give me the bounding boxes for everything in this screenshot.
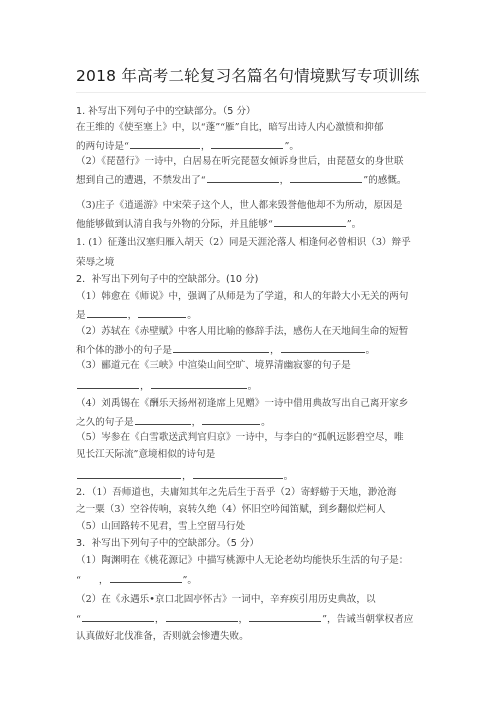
s1-q1-line1: 在王维的《使至塞上》中，以“蓬”“雁”自比，暗写出诗人内心激愤和抑郁 [76, 121, 426, 135]
answer-blank[interactable] [173, 342, 269, 353]
s2-q3-mid: ， [140, 381, 150, 392]
s3-q2-line3: 认真做好北伐准备，否则就会惨遭失败。 [76, 630, 426, 644]
s2-q1-post: 。 [187, 310, 197, 321]
s2-q2-pre: 和个体的渺小的句子是 [76, 345, 172, 356]
answer-blank[interactable] [77, 378, 139, 389]
s1-q2-post: ”的感慨。 [363, 175, 406, 186]
s1-q2-line2: 想到自己的遭遇，不禁发出了“，”的感慨。 [76, 172, 426, 188]
s3-q1-mid: ， [99, 575, 109, 586]
s2-q2-mid: ， [270, 345, 280, 356]
answer-blank[interactable] [151, 378, 247, 389]
s3-q2-post: ”，告诫当朝掌权者应 [322, 614, 413, 625]
answer-blank[interactable] [82, 611, 154, 622]
s2-q4-post: 。 [261, 417, 271, 428]
s1-q3-line1: （3)庄子《逍遥游》中宋荣子这个人，世人都来毁誉他他却不为所动，原因是 [76, 199, 426, 213]
answer-blank[interactable] [281, 342, 365, 353]
s2-q2-line1: （2）苏轼在《赤壁赋》中客人用比喻的修辞手法，感伤人在天地间生命的短暂 [76, 325, 426, 339]
s1-q3-post: ”。 [347, 219, 362, 230]
s1-q1-mid: ， [201, 141, 211, 152]
s1-q3-pre: 他能够做到认清自我与外物的分际，并且能够“ [76, 219, 273, 230]
s2-q3-line1: （3）郦道元在《三峡》中渲染山间空旷、境界清幽寂寥的句子是 [76, 359, 426, 373]
section1-heading: 1. 补写出下列句子中的空缺部分。（5 分） [76, 105, 426, 119]
s2-q3-line2: ，。 [76, 378, 426, 394]
s2-q1-mid: ， [128, 310, 138, 321]
s2-q2-post: 。 [366, 345, 376, 356]
s1-q2-line1: （2）《琵琶行》一诗中，白居易在听完琵琶女倾诉身世后，由琵琶女的身世联 [76, 155, 426, 169]
s2-q4-line2: 之久的句子是，。 [76, 414, 426, 430]
answer-blank[interactable] [249, 611, 321, 622]
s3-q2-sep2: ， [239, 614, 249, 625]
s2-q1-line2: 是，。 [76, 307, 426, 323]
s2-q1-pre: 是 [76, 310, 86, 321]
answer-blank[interactable] [274, 216, 346, 227]
s2-q2-line2: 和个体的渺小的句子是，。 [76, 342, 426, 358]
s1-q3-line2: 他能够做到认清自我与外物的分际，并且能够“”。 [76, 216, 426, 232]
answer-blank[interactable] [130, 138, 200, 149]
s3-q2-line1: （2）在《永遇乐•京口北固亭怀古》一词中，辛弃疾引用历史典故，以 [76, 593, 426, 607]
s1-q2-pre: 想到自己的遭遇，不禁发出了“ [76, 175, 206, 186]
section3-heading: 3．补写出下列句子中的空缺部分。（5 分） [76, 537, 426, 551]
section2-heading: 2．补写出下列句子中的空缺部分。(10 分) [76, 273, 426, 287]
s2-q4-mid: ， [192, 417, 202, 428]
s2-q4-pre: 之久的句子是 [76, 417, 134, 428]
s2-q3-post: 。 [248, 381, 258, 392]
answer-blank[interactable] [166, 611, 238, 622]
answer-blank[interactable] [193, 468, 283, 479]
answer2-line3: （5）山回路转不见君，雪上空留马行处 [76, 520, 426, 534]
s2-q5-line3: ，。 [76, 468, 426, 484]
answer-blank[interactable] [202, 414, 260, 425]
s2-q5-line1: （5）岑参在《白雪歌送武判官归京》一诗中，与李白的“孤帆远影碧空尽，唯 [76, 431, 426, 445]
s3-q1-pre: “ [76, 575, 81, 586]
s1-q1-line2: 的两句诗是“，”。 [76, 138, 426, 154]
answer-blank[interactable] [211, 138, 283, 149]
answer-blank[interactable] [138, 307, 186, 318]
s2-q5-mid: ， [182, 471, 192, 482]
s1-q2-mid: ， [280, 175, 290, 186]
answer1-line2: 荣辱之境 [76, 256, 426, 270]
answer-blank[interactable] [135, 414, 191, 425]
s1-q1-post: ”。 [284, 141, 299, 152]
s1-q1-pre: 的两句诗是“ [76, 141, 129, 152]
answer-blank[interactable] [207, 172, 279, 183]
answer1-line1: 1. (1）征蓬出汉塞归雁入胡天（2）同是天涯沦落人 相逢何必曾相识（3）辩乎 [76, 236, 426, 250]
title-divider [76, 92, 426, 93]
s3-q2-pre: “ [76, 614, 81, 625]
s2-q1-line1: （1）韩愈在《师说》中，强调了从师是为了学道，和人的年龄大小无关的两句 [76, 290, 426, 304]
document-title: 2018 年高考二轮复习名篇名句情境默写专项训练 [76, 64, 426, 86]
s2-q5-line2: 见长江天际流”意境相似的诗句是 [76, 448, 426, 462]
answer-blank[interactable] [87, 307, 127, 318]
s3-q1-line2: “，”。 [76, 572, 426, 588]
answer-blank[interactable] [110, 572, 182, 583]
s3-q1-line1: （1）陶渊明在《桃花源记》中描写桃源中人无论老幼均能快乐生活的句子是： [76, 554, 426, 568]
answer-blank[interactable] [77, 468, 181, 479]
s3-q1-post: ”。 [183, 575, 198, 586]
s2-q5-post: 。 [284, 471, 294, 482]
s3-q2-sep1: ， [155, 614, 165, 625]
s2-q4-line1: （4）刘禹锡在《酬乐天扬州初逢席上见赠》一诗中借用典故写出自己离开家乡 [76, 397, 426, 411]
answer2-line1: 2．（1）吾师道也，夫庸知其年之先后生于吾乎（2）寄蜉蝣于天地，渺沧海 [76, 486, 426, 500]
s3-q2-line2: “，，”，告诫当朝掌权者应 [76, 611, 426, 627]
answer2-line2: 之一粟（3）空谷传响，哀转久绝（4）怀旧空吟闻笛赋，到乡翻似烂柯人 [76, 503, 426, 517]
answer-blank[interactable] [290, 172, 362, 183]
